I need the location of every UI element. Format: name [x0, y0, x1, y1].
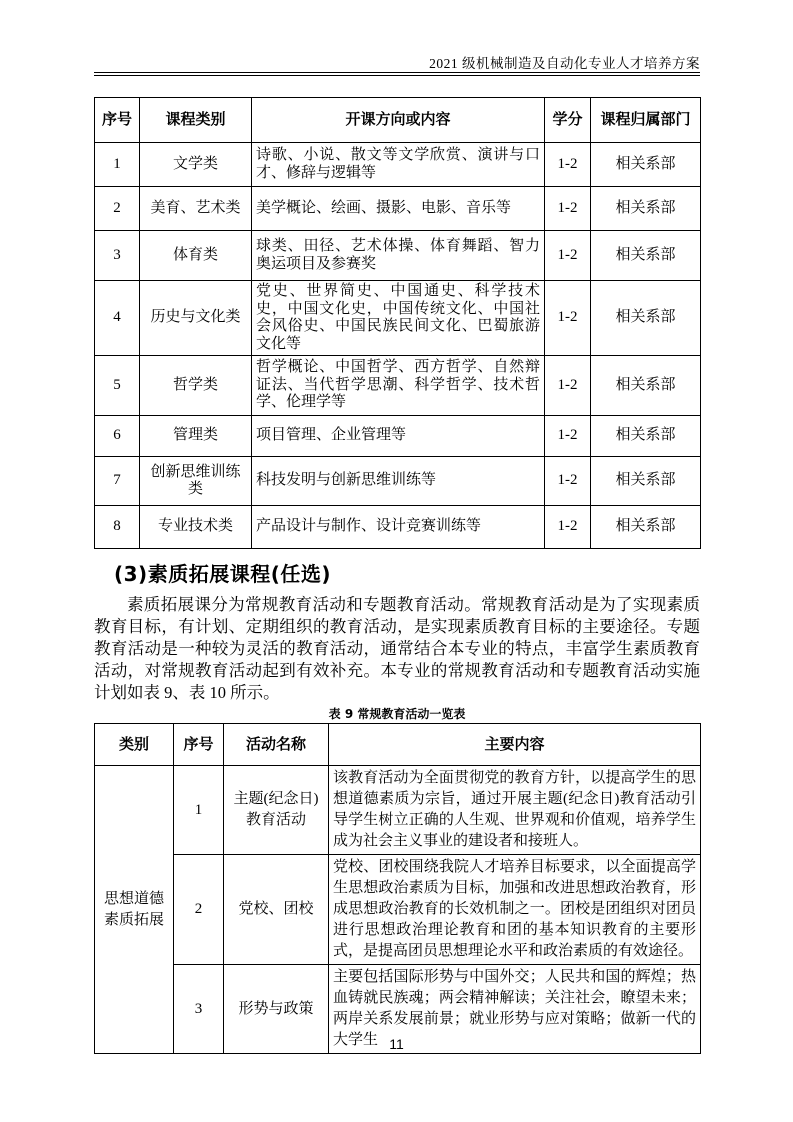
table-row: 思想道德素质拓展 1 主题(纪念日)教育活动 该教育活动为全面贯彻党的教育方针，… — [95, 766, 701, 855]
cell-credits: 1-2 — [545, 356, 591, 416]
document-page: 2021 级机械制造及自动化专业人才培养方案 序号 课程类别 开课方向或内容 学… — [0, 0, 793, 1122]
col-header-category: 课程类别 — [140, 98, 252, 143]
cell-category: 历史与文化类 — [140, 281, 252, 356]
cell-credits: 1-2 — [545, 231, 591, 281]
cell-credits: 1-2 — [545, 506, 591, 549]
cell-category-group: 思想道德素质拓展 — [95, 766, 174, 1054]
cell-content: 哲学概论、中国哲学、西方哲学、自然辩证法、当代哲学思潮、科学哲学、技术哲学、伦理… — [252, 356, 545, 416]
section-heading: (3)素质拓展课程(任选) — [114, 561, 700, 588]
activity-table-body: 思想道德素质拓展 1 主题(纪念日)教育活动 该教育活动为全面贯彻党的教育方针，… — [95, 766, 701, 1054]
running-header-title: 2021 级机械制造及自动化专业人才培养方案 — [429, 52, 700, 72]
course-table-header: 序号 课程类别 开课方向或内容 学分 课程归属部门 — [95, 98, 701, 143]
cell-activity-name: 党校、团校 — [224, 855, 329, 965]
table-row: 2 党校、团校 党校、团校围绕我院人才培养目标要求，以全面提高学生思想政治素质为… — [95, 855, 701, 965]
table-row: 6 管理类 项目管理、企业管理等 1-2 相关系部 — [95, 416, 701, 457]
cell-department: 相关系部 — [591, 457, 701, 506]
cell-credits: 1-2 — [545, 457, 591, 506]
table-row: 3 体育类 球类、田径、艺术体操、体育舞蹈、智力奥运项目及参赛奖 1-2 相关系… — [95, 231, 701, 281]
table-row: 1 文学类 诗歌、小说、散文等文学欣赏、演讲与口才、修辞与逻辑等 1-2 相关系… — [95, 143, 701, 187]
cell-no: 5 — [95, 356, 140, 416]
table-header-row: 序号 课程类别 开课方向或内容 学分 课程归属部门 — [95, 98, 701, 143]
cell-department: 相关系部 — [591, 506, 701, 549]
cell-content: 项目管理、企业管理等 — [252, 416, 545, 457]
cell-category: 哲学类 — [140, 356, 252, 416]
table-row: 2 美育、艺术类 美学概论、绘画、摄影、电影、音乐等 1-2 相关系部 — [95, 187, 701, 231]
cell-content: 党史、世界简史、中国通史、科学技术史，中国文化史，中国传统文化、中国社会风俗史、… — [252, 281, 545, 356]
table-row: 5 哲学类 哲学概论、中国哲学、西方哲学、自然辩证法、当代哲学思潮、科学哲学、技… — [95, 356, 701, 416]
cell-no: 2 — [95, 187, 140, 231]
regular-activity-table: 类别 序号 活动名称 主要内容 思想道德素质拓展 1 主题(纪念日)教育活动 该… — [94, 723, 701, 1054]
cell-department: 相关系部 — [591, 281, 701, 356]
cell-category: 管理类 — [140, 416, 252, 457]
page-content: 序号 课程类别 开课方向或内容 学分 课程归属部门 1 文学类 诗歌、小说、散文… — [94, 97, 700, 1054]
table-caption: 表 9 常规教育活动一览表 — [94, 706, 700, 723]
col-header-department: 课程归属部门 — [591, 98, 701, 143]
col-header-no: 序号 — [174, 724, 224, 766]
cell-no: 6 — [95, 416, 140, 457]
col-header-group: 类别 — [95, 724, 174, 766]
cell-activity-name: 主题(纪念日)教育活动 — [224, 766, 329, 855]
cell-content: 美学概论、绘画、摄影、电影、音乐等 — [252, 187, 545, 231]
col-header-content: 开课方向或内容 — [252, 98, 545, 143]
cell-content: 诗歌、小说、散文等文学欣赏、演讲与口才、修辞与逻辑等 — [252, 143, 545, 187]
cell-main-content: 该教育活动为全面贯彻党的教育方针，以提高学生的思想道德素质为宗旨，通过开展主题(… — [329, 766, 701, 855]
course-table-body: 1 文学类 诗歌、小说、散文等文学欣赏、演讲与口才、修辞与逻辑等 1-2 相关系… — [95, 143, 701, 549]
cell-content: 产品设计与制作、设计竞赛训练等 — [252, 506, 545, 549]
table-row: 4 历史与文化类 党史、世界简史、中国通史、科学技术史，中国文化史，中国传统文化… — [95, 281, 701, 356]
cell-credits: 1-2 — [545, 187, 591, 231]
cell-no: 7 — [95, 457, 140, 506]
cell-content: 科技发明与创新思维训练等 — [252, 457, 545, 506]
body-paragraph: 素质拓展课分为常规教育活动和专题教育活动。常规教育活动是为了实现素质教育目标，有… — [94, 594, 700, 704]
cell-department: 相关系部 — [591, 187, 701, 231]
cell-category: 专业技术类 — [140, 506, 252, 549]
cell-no: 8 — [95, 506, 140, 549]
cell-no: 2 — [174, 855, 224, 965]
cell-department: 相关系部 — [591, 231, 701, 281]
cell-department: 相关系部 — [591, 416, 701, 457]
col-header-no: 序号 — [95, 98, 140, 143]
col-header-activity-name: 活动名称 — [224, 724, 329, 766]
cell-content: 球类、田径、艺术体操、体育舞蹈、智力奥运项目及参赛奖 — [252, 231, 545, 281]
table-header-row: 类别 序号 活动名称 主要内容 — [95, 724, 701, 766]
header-double-rule — [94, 72, 700, 76]
table-row: 8 专业技术类 产品设计与制作、设计竞赛训练等 1-2 相关系部 — [95, 506, 701, 549]
col-header-credits: 学分 — [545, 98, 591, 143]
cell-credits: 1-2 — [545, 143, 591, 187]
cell-no: 1 — [174, 766, 224, 855]
cell-category: 体育类 — [140, 231, 252, 281]
cell-no: 3 — [95, 231, 140, 281]
cell-department: 相关系部 — [591, 143, 701, 187]
page-number: 11 — [0, 1036, 793, 1052]
cell-credits: 1-2 — [545, 281, 591, 356]
cell-no: 4 — [95, 281, 140, 356]
cell-main-content: 党校、团校围绕我院人才培养目标要求，以全面提高学生思想政治素质为目标，加强和改进… — [329, 855, 701, 965]
cell-category: 文学类 — [140, 143, 252, 187]
cell-credits: 1-2 — [545, 416, 591, 457]
cell-department: 相关系部 — [591, 356, 701, 416]
col-header-main-content: 主要内容 — [329, 724, 701, 766]
cell-no: 1 — [95, 143, 140, 187]
cell-category: 美育、艺术类 — [140, 187, 252, 231]
course-category-table: 序号 课程类别 开课方向或内容 学分 课程归属部门 1 文学类 诗歌、小说、散文… — [94, 97, 701, 549]
activity-table-header: 类别 序号 活动名称 主要内容 — [95, 724, 701, 766]
table-row: 7 创新思维训练类 科技发明与创新思维训练等 1-2 相关系部 — [95, 457, 701, 506]
cell-category: 创新思维训练类 — [140, 457, 252, 506]
